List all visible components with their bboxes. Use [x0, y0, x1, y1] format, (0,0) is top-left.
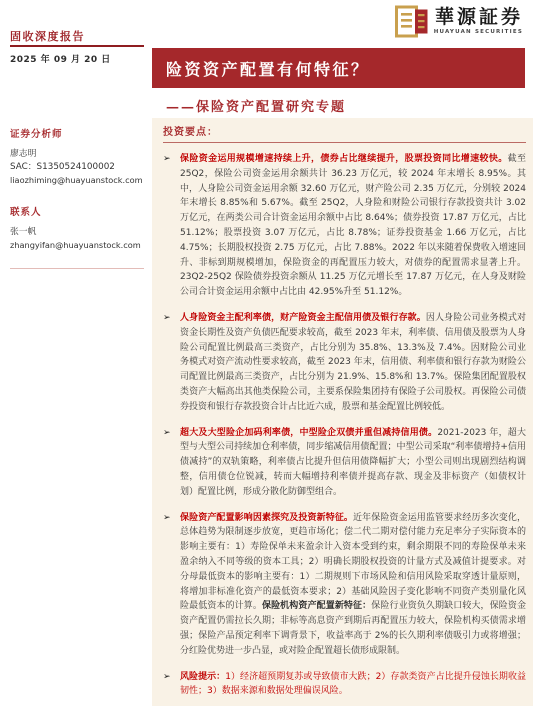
- contact-email[interactable]: zhangyifan@huayuanstock.com: [10, 239, 145, 252]
- sidebar-divider: [10, 268, 144, 269]
- key-points-panel: 投资要点： ➢ 保险资金运用规模增速持续上升，债券占比继续提升，股票投资同比增速…: [152, 118, 533, 706]
- report-page: 固收深度报告 2025 年 09 月 20 日 華源証券 HUAYUAN SEC…: [0, 0, 533, 706]
- bullet-item-risk: ➢ 风险提示：1）经济超预期复苏或导致债市大跌；2）存款类资产占比提升侵蚀长期收…: [163, 670, 526, 700]
- arrow-bullet-icon: ➢: [163, 511, 180, 659]
- bullet-item-2: ➢ 人身险资金主配利率债，财产险资金主配信用债及银行存款。因人身险公司业务模式对…: [163, 311, 526, 415]
- analyst-name: 廖志明: [10, 148, 145, 161]
- report-title: 险资资产配置有何特征？: [152, 57, 370, 80]
- bullet-body: 因人身险公司业务模式对资金长期性及资产负债匹配要求较高，截至 2023 年末，利…: [180, 313, 526, 412]
- report-date: 2025 年 09 月 20 日: [10, 52, 111, 65]
- report-type-label: 固收深度报告: [10, 28, 85, 44]
- brand-name-en: HUAYUAN SECURITIES: [434, 29, 523, 35]
- bullet-text: 超大及大型险企加码利率债，中型险企双债并重但减持信用债。2021-2023 年，…: [180, 426, 526, 500]
- analyst-email[interactable]: liaozhiming@huayuanstock.com: [10, 174, 145, 187]
- risk-warning-lead: 风险提示：: [180, 672, 225, 682]
- bullet-item-3: ➢ 超大及大型险企加码利率债，中型险企双债并重但减持信用债。2021-2023 …: [163, 426, 526, 500]
- bullet-lead: 人身险资金主配利率债，财产险资金主配信用债及银行存款。: [180, 313, 426, 323]
- risk-warning-body: 1）经济超预期复苏或导致债市大跌；2）存款类资产占比提升侵蚀长期收益韧性；3）数…: [180, 672, 526, 697]
- sidebar-spacer: [10, 187, 145, 204]
- sidebar: 证券分析师 廖志明 SAC：S1350524100002 liaozhiming…: [10, 126, 145, 252]
- bullet-body: 近年保险资金运用监管要求经历多次变化，总体趋势为限制逐步放宽，更趋市场化；偿二代…: [180, 513, 526, 612]
- brand-text: 華源証券 HUAYUAN SECURITIES: [434, 5, 523, 35]
- bullet-body: 截至 25Q2，保险公司资金运用余额共计 36.23 万亿元，较 2024 年末…: [180, 154, 526, 297]
- masthead-divider: [10, 45, 144, 47]
- key-points-heading: 投资要点：: [163, 123, 526, 143]
- contact-section-label: 联系人: [10, 204, 145, 218]
- arrow-bullet-icon: ➢: [163, 670, 180, 700]
- bullet-text: 人身险资金主配利率债，财产险资金主配信用债及银行存款。因人身险公司业务模式对资金…: [180, 311, 526, 415]
- bullet-item-4: ➢ 保险资产配置影响因素探究及投资新特征。近年保险资金运用监管要求经历多次变化，…: [163, 511, 526, 659]
- bullet-lead: 超大及大型险企加码利率债，中型险企双债并重但减持信用债。: [180, 428, 437, 438]
- bullet-text: 保险资产配置影响因素探究及投资新特征。近年保险资金运用监管要求经历多次变化，总体…: [180, 511, 526, 659]
- arrow-bullet-icon: ➢: [163, 311, 180, 415]
- bullet-lead: 保险资金运用规模增速持续上升，债券占比继续提升，股票投资同比增速较快。: [180, 154, 508, 164]
- arrow-bullet-icon: ➢: [163, 426, 180, 500]
- brand-logo: 華源証券 HUAYUAN SECURITIES: [395, 5, 523, 38]
- contact-name: 张一帆: [10, 226, 145, 239]
- analyst-sac: SAC：S1350524100002: [10, 161, 145, 174]
- brand-name-cn: 華源証券: [435, 5, 523, 29]
- arrow-bullet-icon: ➢: [163, 152, 180, 300]
- bullet-text: 保险资金运用规模增速持续上升，债券占比继续提升，股票投资同比增速较快。截至 25…: [180, 152, 526, 300]
- bullet-mid-heading: 保险机构资产配置新特征：: [262, 601, 371, 611]
- huayuan-seal-icon: [395, 5, 428, 38]
- report-title-banner: 险资资产配置有何特征？: [152, 48, 525, 88]
- analyst-section-label: 证券分析师: [10, 126, 145, 140]
- bullet-item-1: ➢ 保险资金运用规模增速持续上升，债券占比继续提升，股票投资同比增速较快。截至 …: [163, 152, 526, 300]
- report-subtitle: ——保险资产配置研究专题: [166, 96, 346, 115]
- bullet-lead: 保险资产配置影响因素探究及投资新特征。: [180, 513, 353, 523]
- risk-warning-text: 风险提示：1）经济超预期复苏或导致债市大跌；2）存款类资产占比提升侵蚀长期收益韧…: [180, 670, 526, 700]
